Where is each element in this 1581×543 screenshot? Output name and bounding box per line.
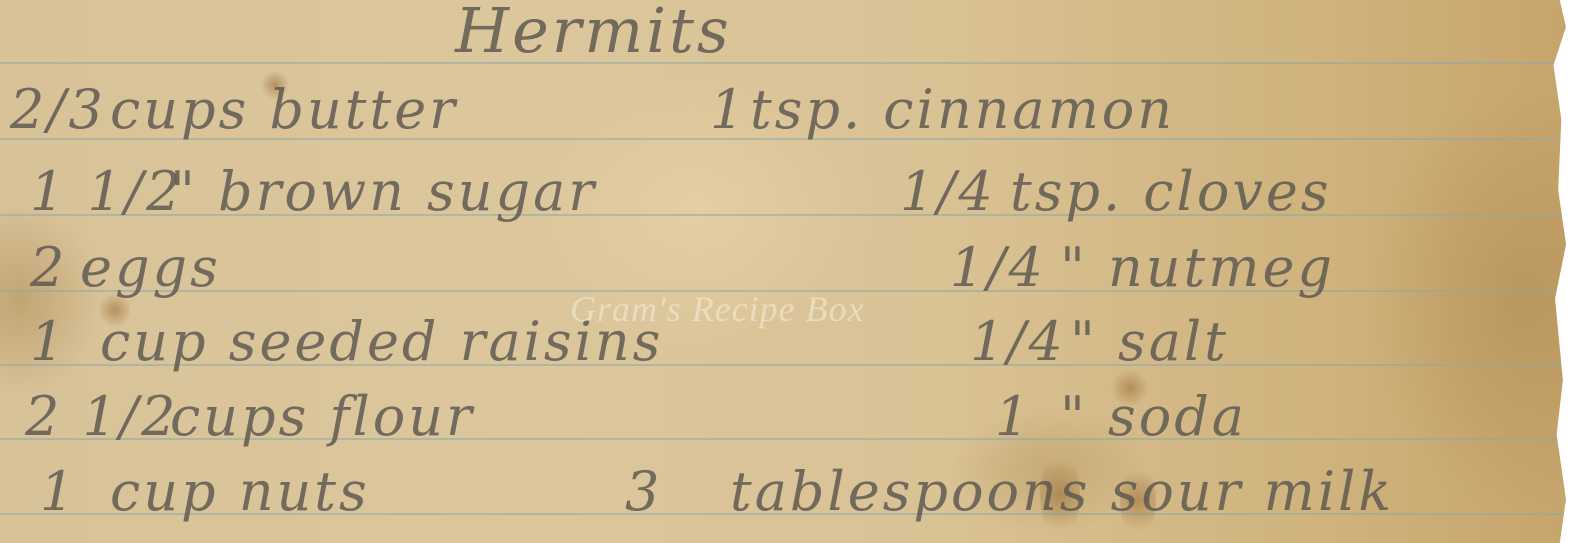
- ingredient-text: eggs: [80, 236, 221, 299]
- ingredient-text: tablespoons sour milk: [730, 460, 1394, 523]
- ingredient-qty: 1: [40, 460, 77, 523]
- ingredient-text: tsp. cinnamon: [750, 78, 1175, 141]
- recipe-card: Hermits 2/3 cups butter 1 1/2 " brown su…: [0, 0, 1566, 543]
- ingredient-text: " nutmeg: [1060, 236, 1335, 299]
- ingredient-qty: 2 1/2: [25, 385, 178, 448]
- ingredient-qty: 1: [710, 78, 747, 141]
- ingredient-qty: 2/3: [10, 78, 106, 141]
- ingredient-qty: 1/4: [970, 310, 1066, 373]
- ingredient-text: " brown sugar: [170, 160, 597, 223]
- ingredient-qty: 1/4: [900, 160, 996, 223]
- ingredient-text: cups butter: [110, 78, 458, 141]
- ingredient-text: cups flour: [170, 385, 475, 448]
- ruled-line: [0, 62, 1566, 64]
- recipe-title: Hermits: [455, 0, 732, 67]
- ingredient-qty: 1: [995, 385, 1032, 448]
- ingredient-qty: 1/4: [950, 236, 1046, 299]
- ingredient-text: cup nuts: [110, 460, 370, 523]
- watermark: Gram's Recipe Box: [570, 288, 865, 330]
- ingredient-qty: 3: [625, 460, 662, 523]
- ingredient-qty: 2: [30, 236, 67, 299]
- ingredient-qty: 1: [30, 310, 67, 373]
- ingredient-text: tsp. cloves: [1010, 160, 1332, 223]
- ingredient-text: " soda: [1060, 385, 1247, 448]
- ingredient-qty: 1 1/2: [30, 160, 183, 223]
- ingredient-text: " salt: [1070, 310, 1229, 373]
